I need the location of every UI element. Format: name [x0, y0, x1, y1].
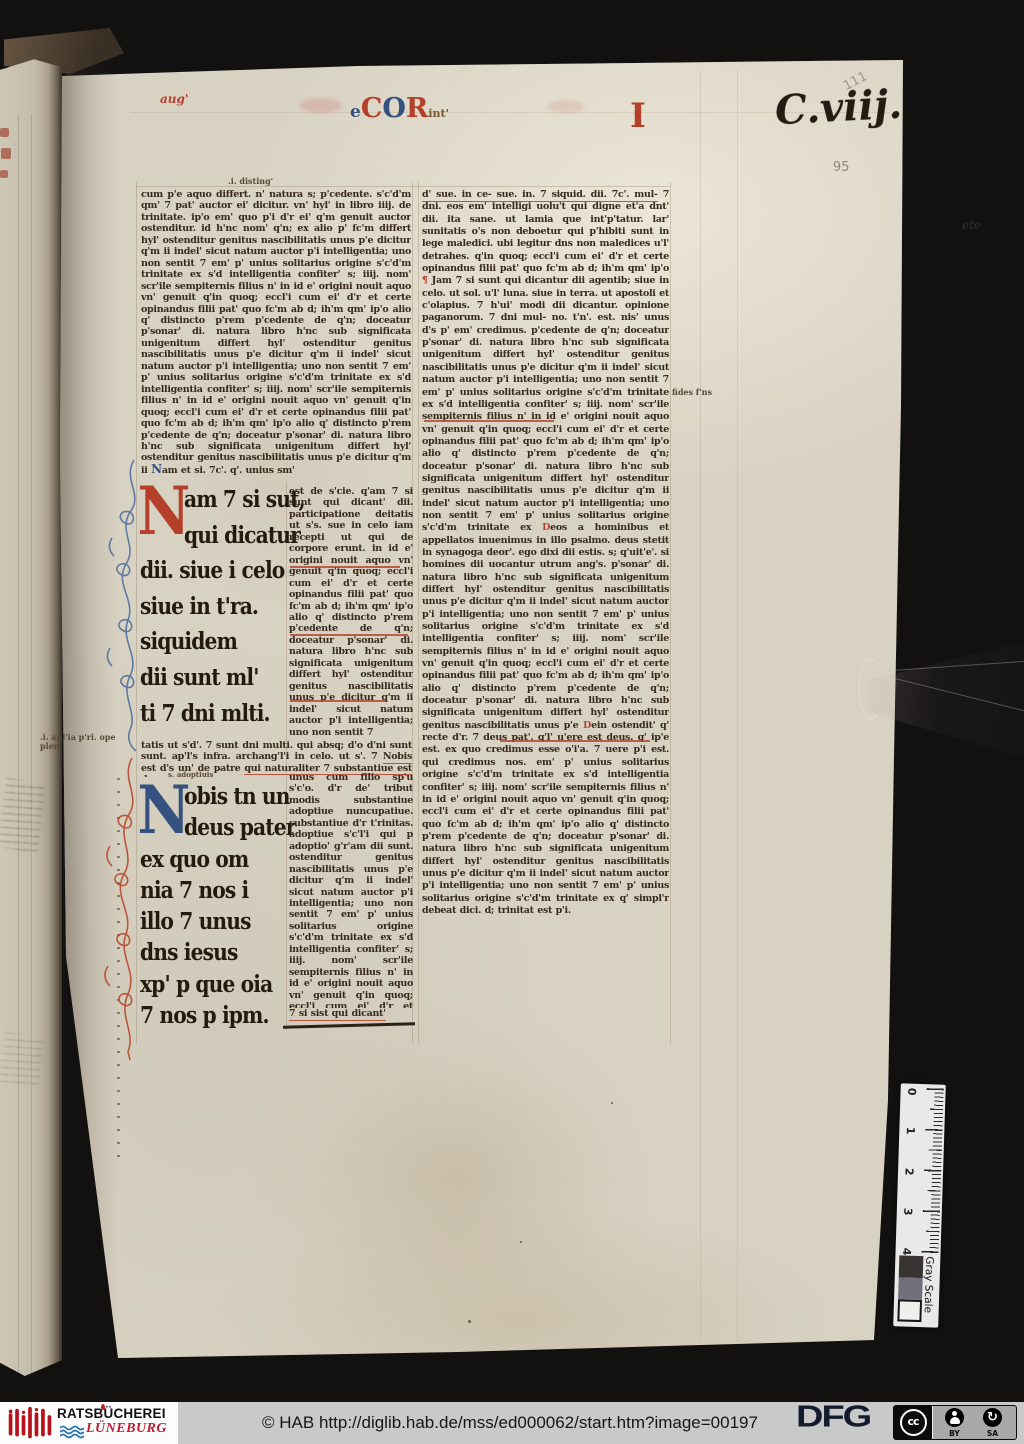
- red-initial: D: [542, 522, 550, 533]
- cc-by-label: BY: [945, 1429, 964, 1438]
- red-underline: [290, 566, 400, 568]
- library-logo-bars-icon: [6, 1405, 54, 1442]
- ruling-line: [700, 70, 701, 1342]
- logo-red-drop: [101, 1404, 105, 1410]
- show-through-red-mark: [0, 128, 9, 137]
- lemma-line: nia 7 nos i: [140, 875, 291, 906]
- speck: [468, 1320, 471, 1323]
- author-attribution: aug': [160, 92, 189, 106]
- speck: [520, 1241, 522, 1243]
- ruler-number: 2: [901, 1164, 915, 1179]
- faint-margin-mark: ete: [962, 218, 981, 232]
- copyright-url[interactable]: © HAB http://diglib.hab.de/mss/ed000062/…: [240, 1413, 780, 1433]
- cc-logo: cc: [894, 1406, 933, 1439]
- running-title: eCORint': [350, 93, 449, 124]
- ruler-number: 1: [903, 1123, 917, 1138]
- gloss-text: ein ostendit' q' recte d'r. 7 deus pat'.…: [422, 720, 669, 904]
- red-underline: [290, 700, 386, 702]
- person-body: [950, 1417, 960, 1424]
- swatch-gray: [898, 1277, 923, 1300]
- running-title-letter: O: [382, 93, 406, 124]
- ruler-number: 3: [900, 1204, 914, 1219]
- show-through-text: [0, 1032, 44, 1087]
- red-underline: [500, 740, 650, 742]
- lemma-verse-2: N obis tn un deus pater ex quo om nia 7 …: [140, 781, 291, 1031]
- running-title-letter: R: [406, 93, 428, 124]
- drop-cap-blue-N: N: [137, 777, 189, 843]
- grayscale-label: Gray Scale: [920, 1256, 935, 1320]
- cc-ring-icon: cc: [900, 1409, 927, 1436]
- gloss-block-3: unus cum filio sp'u s'c'o. d'r de' tribu…: [289, 772, 413, 1008]
- gloss-text: sunt. ap'l's infra. archang'l'i in celo.…: [141, 751, 383, 762]
- lemma-line: dii. siue i celo: [140, 553, 290, 589]
- gloss-text: cum p'e aquo differt. n' natura s; p'ced…: [141, 189, 411, 476]
- ruling-line: [737, 70, 738, 1342]
- margin-note-left: .i. apl'ia p'ri. ope plen.: [40, 733, 126, 751]
- cc-sa-icon: ↻: [983, 1408, 1002, 1427]
- running-title-flourish: int': [428, 107, 449, 120]
- swatch-dark: [899, 1255, 924, 1278]
- swatch-white: [897, 1299, 922, 1322]
- facing-page-sliver: [0, 54, 62, 1376]
- lemma-line: siquidem: [140, 624, 290, 660]
- show-through-red-mark: [1, 148, 11, 159]
- book-numeral: I: [630, 96, 646, 136]
- pilcrow-red: ¶: [422, 275, 428, 286]
- lemma-line: dii sunt ml': [140, 660, 290, 696]
- scanned-manuscript-viewer: aug' eCORint' I C.viij. 111 95 .i. disti…: [0, 0, 1024, 1444]
- running-title-letter: C: [361, 93, 383, 124]
- margin-note-line: plen.: [40, 742, 126, 751]
- cc-license-modules: BY ↻ SA: [933, 1406, 1016, 1439]
- running-title-letter: e: [350, 102, 361, 122]
- gloss-text: Jam 7 si sunt qui dicantur dii agentib; …: [422, 275, 669, 533]
- ruling-line: [418, 182, 419, 1044]
- red-underline: [290, 634, 408, 636]
- sa-arrow-glyph: ↻: [983, 1409, 1002, 1427]
- lemma-line: ti 7 dni mlti.: [140, 696, 290, 732]
- cc-sa-label: SA: [983, 1429, 1002, 1438]
- ruler-number: 0: [904, 1084, 918, 1099]
- red-underline: [424, 420, 554, 422]
- library-name: RATSBÜCHEREI: [57, 1406, 166, 1421]
- stain: [300, 1060, 620, 1300]
- gloss-block-1: cum p'e aquo differt. n' natura s; p'ced…: [141, 189, 411, 482]
- page-crease: [31, 114, 32, 1414]
- library-city: LÜNEBURG: [86, 1421, 167, 1437]
- lemma-line: dns iesus: [140, 937, 291, 968]
- drop-cap-red-N: N: [137, 478, 189, 544]
- red-initial: D: [583, 720, 591, 731]
- lemma-verse-1: N am 7 si sut, qui dicatur dii. siue i c…: [140, 482, 290, 731]
- show-through-red-mark: [0, 170, 8, 178]
- lemma-line: siue in t'ra.: [140, 589, 290, 625]
- cc-by-icon: [945, 1408, 964, 1427]
- interlinear-note: .i. disting': [228, 177, 273, 186]
- ruling-line: [136, 186, 670, 187]
- grayscale-calibration-strip: 0 1 2 3 4 Gray Scale: [893, 1083, 946, 1327]
- show-through-text: [0, 778, 46, 852]
- ruling-line: [670, 182, 671, 1044]
- lemma-reference-underlined: d' sue. in ce- sue. in. 7 siquid. dii. 7…: [422, 189, 658, 202]
- footer-bar: RATSBÜCHEREI LÜNEBURG © HAB http://digli…: [0, 1402, 1024, 1444]
- gloss-text: unus cum filio sp'u s'c'o. d'r de' tribu…: [289, 772, 413, 1008]
- page-crease: [18, 114, 19, 1414]
- person-head: [952, 1411, 957, 1416]
- lemma-line: illo 7 unus: [140, 906, 291, 937]
- chapter-heading: C.viij.: [774, 81, 903, 135]
- speck: [611, 1102, 613, 1104]
- waves-icon: [60, 1425, 84, 1439]
- gloss-text: 7 si sist qui dicant': [289, 1008, 386, 1021]
- library-logo[interactable]: RATSBÜCHEREI LÜNEBURG: [0, 1402, 178, 1444]
- gloss-text: 7 dni. eos em' intelligi uolu't qui dign…: [422, 189, 669, 274]
- gloss-block-3-lastline: 7 si sist qui dicant': [289, 1008, 413, 1021]
- cc-license-badge[interactable]: cc BY ↻ SA: [893, 1405, 1017, 1440]
- margin-note-right: fides f'ns: [672, 388, 712, 397]
- page-number-pencil: 95: [833, 160, 850, 175]
- lemma-line: xp' p que oia: [140, 969, 291, 1000]
- lemma-line: 7 nos p ipm.: [140, 1000, 291, 1031]
- gloss-text: eos a hominibus et appellatos inuenimus …: [422, 522, 669, 731]
- show-through-smudge: [548, 100, 584, 113]
- gloss-block-4: d' sue. in ce- sue. in. 7 siquid. dii. 7…: [422, 189, 669, 1013]
- plastic-clip-loop: [858, 658, 884, 720]
- gloss-text: tatis ut s'd'. 7 sunt dni multi. qui abs…: [141, 740, 412, 751]
- show-through-smudge: [300, 98, 342, 113]
- dfg-logo[interactable]: DFG: [796, 1400, 870, 1434]
